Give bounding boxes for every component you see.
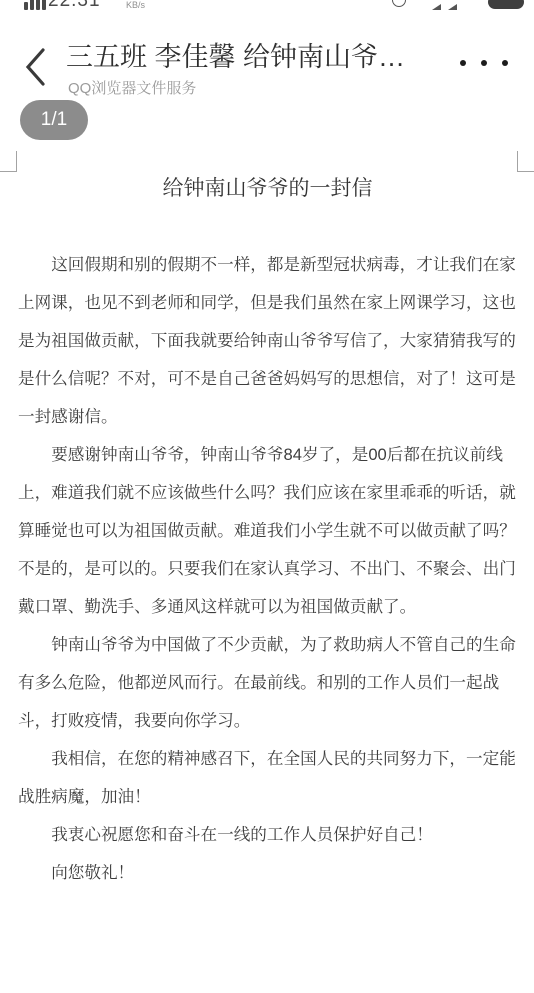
dot-icon [481,60,487,66]
document-viewport[interactable]: 1/1 给钟南山爷爷的一封信 这回假期和别的假期不一样，都是新型冠状病毒，才让我… [0,103,534,993]
back-button[interactable] [22,47,50,87]
chevron-left-icon [22,47,50,87]
document-paragraph: 我衷心祝愿您和奋斗在一线的工作人员保护好自己！ [18,816,517,854]
document-title: 给钟南山爷爷的一封信 [18,170,517,208]
alarm-clock-icon [392,0,406,7]
status-bar: 22.31 KB/s [0,0,534,11]
page-margin-mark-left [0,151,17,172]
file-title: 三五班 李佳馨 给钟南山爷… [66,37,456,77]
more-menu-button[interactable] [460,51,508,75]
header: 三五班 李佳馨 给钟南山爷… QQ浏览器文件服务 [0,11,534,103]
document-paragraph: 我相信，在您的精神感召下，在全国人民的共同努力下，一定能战胜病魔，加油！ [18,740,517,816]
battery-icon [488,0,524,9]
title-spacer [18,208,517,246]
dot-icon [502,60,508,66]
document-paragraph: 要感谢钟南山爷爷，钟南山爷爷84岁了，是00后都在抗议前线上，难道我们就不应该做… [18,436,517,626]
signal-bars-icon [24,0,46,10]
wifi-icon [432,4,441,10]
network-speed-value: 22.31 [48,0,101,11]
document-page: 给钟南山爷爷的一封信 这回假期和别的假期不一样，都是新型冠状病毒，才让我们在家上… [0,103,534,892]
page-number-badge: 1/1 [20,100,88,140]
page-margin-mark-right [517,151,534,172]
document-paragraph: 钟南山爷爷为中国做了不少贡献，为了救助病人不管自己的生命有多么危险，他都逆风而行… [18,626,517,740]
file-source-label: QQ浏览器文件服务 [68,79,196,99]
cellular-signal-icon [448,4,457,10]
network-speed-unit: KB/s [126,0,145,10]
dot-icon [460,60,466,66]
app-screen: 22.31 KB/s 三五班 李佳馨 给钟南山爷… QQ浏览器文件服务 1/1 … [0,0,534,993]
document-paragraph: 这回假期和别的假期不一样，都是新型冠状病毒，才让我们在家上网课，也见不到老师和同… [18,246,517,436]
document-paragraph: 向您敬礼！ [18,854,517,892]
